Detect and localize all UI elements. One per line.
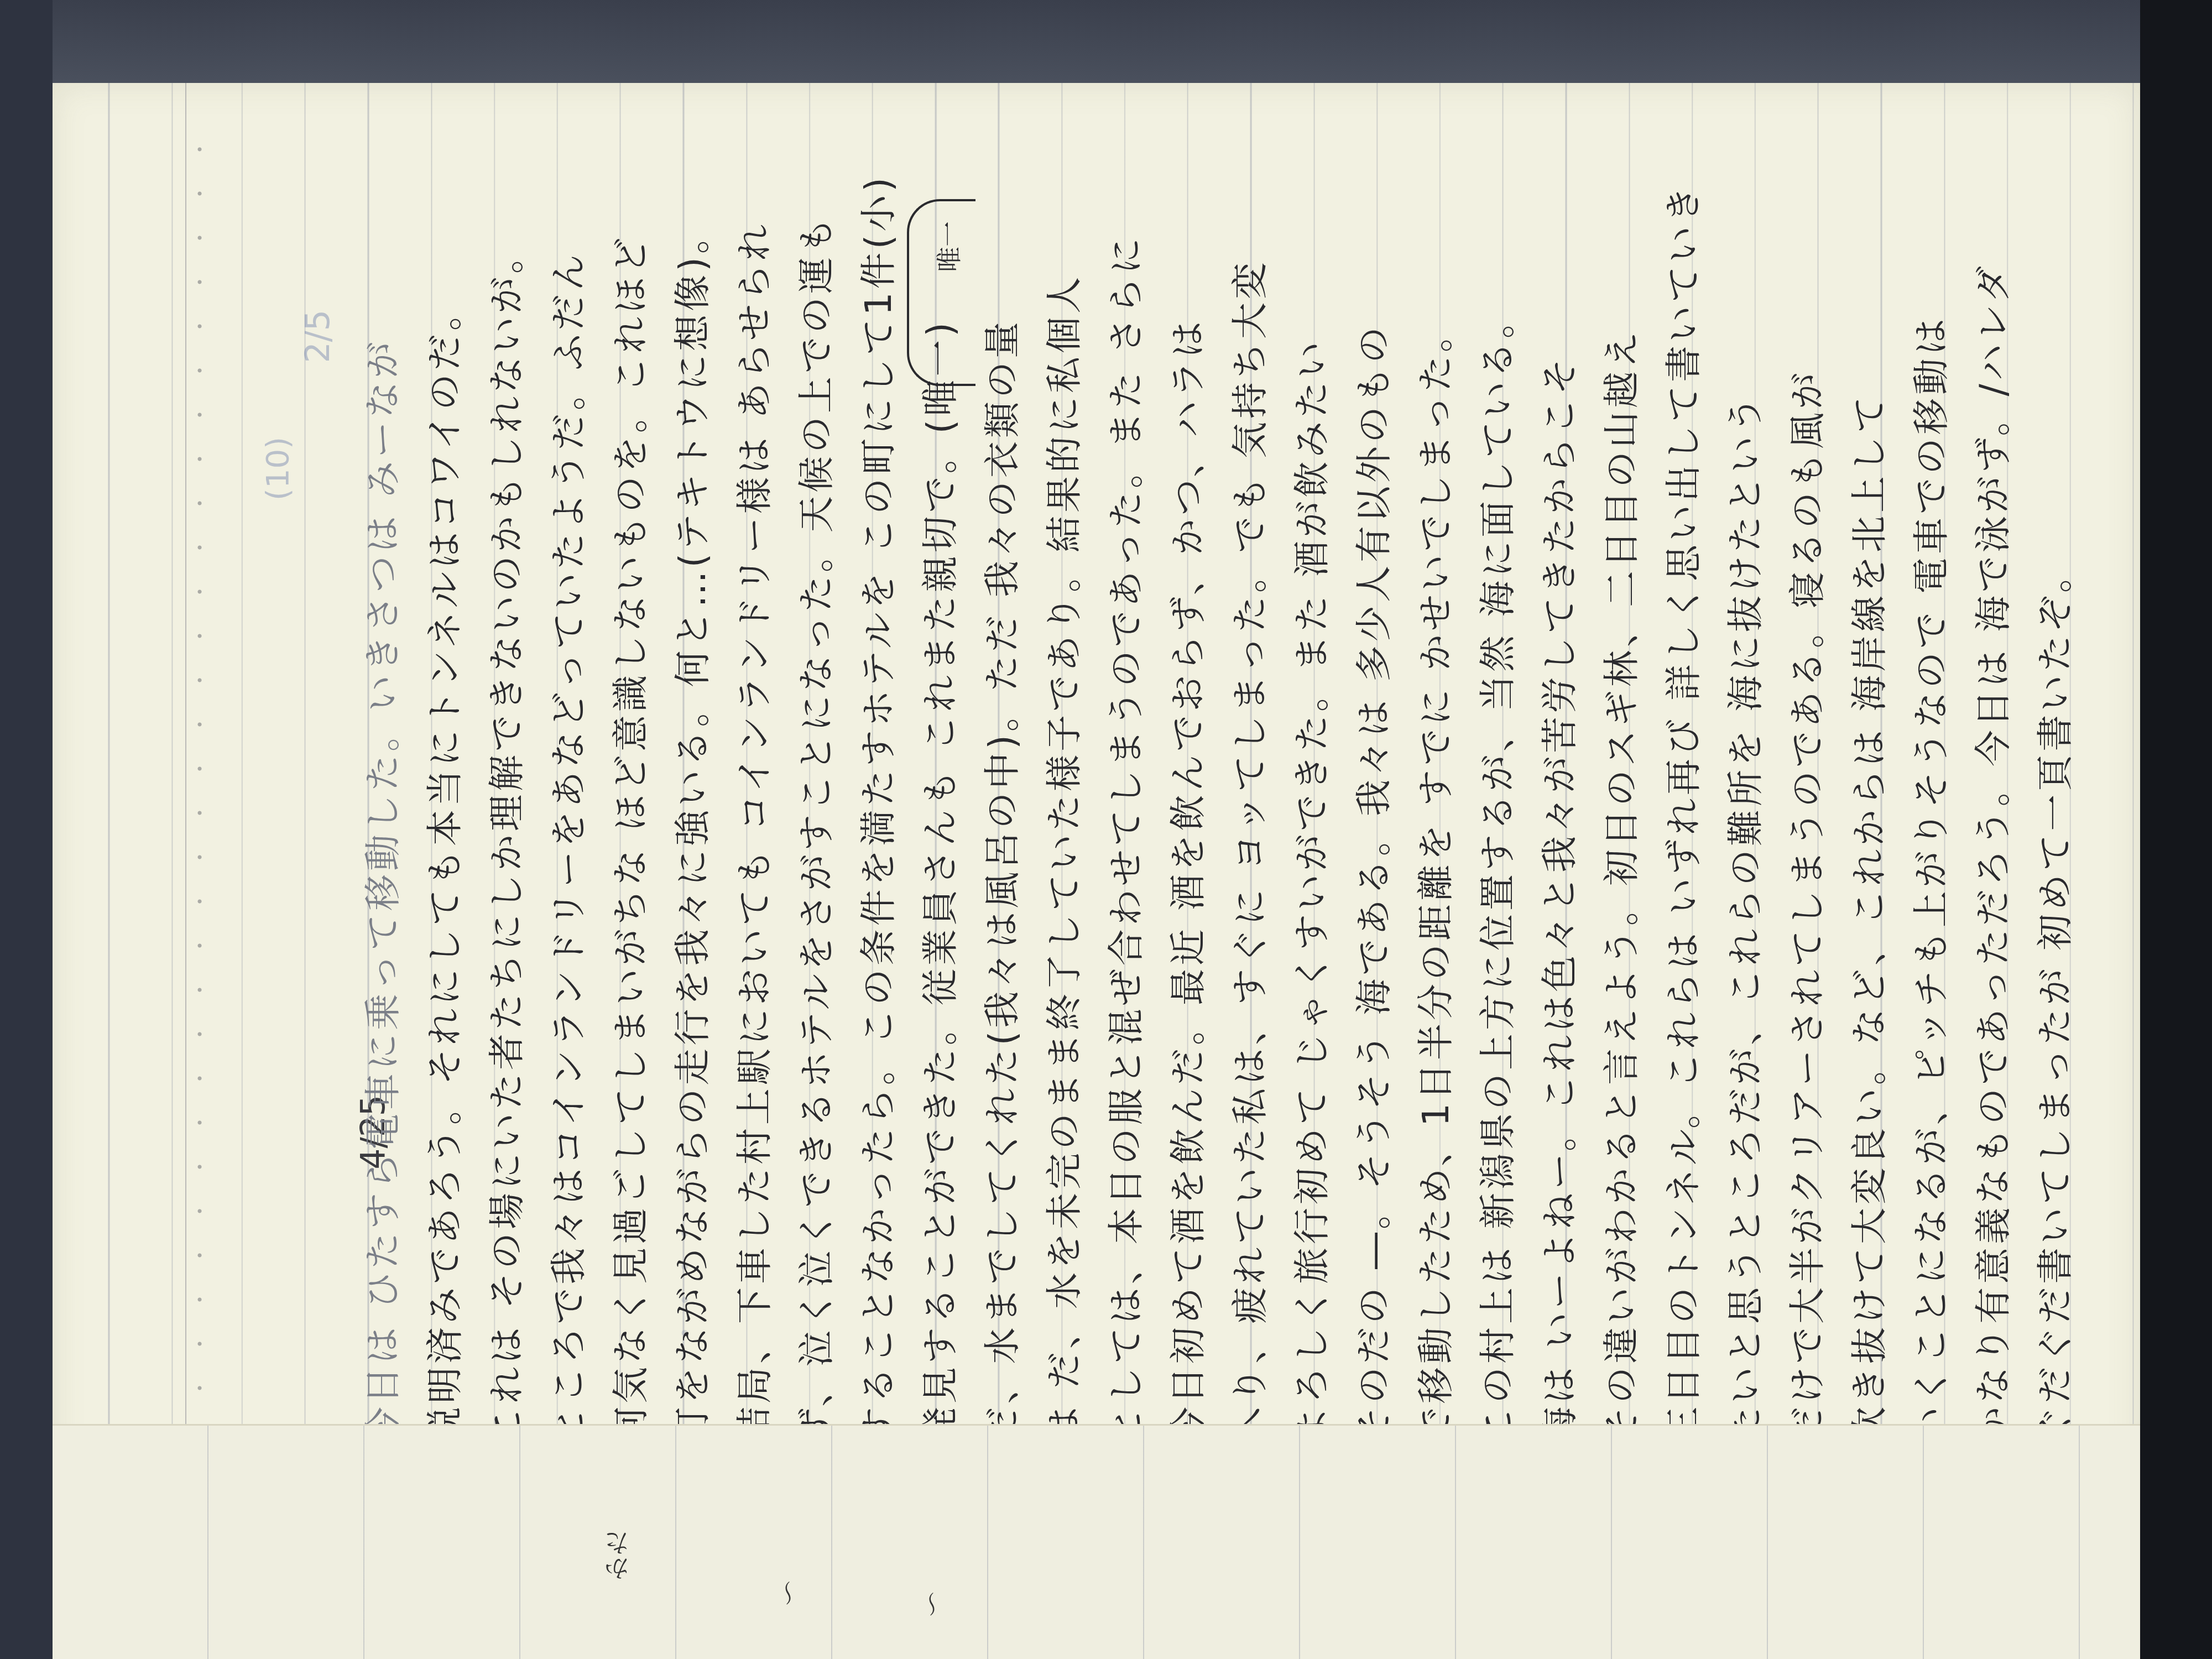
- text-line: よろしく旅行初めて じゃくすいができた。また 酒が飲みたい: [1294, 338, 1331, 1443]
- text-line: 何気なく見過ごしてしまいがちな ほど意識しないものを。これほど: [613, 234, 649, 1443]
- text-line: 結局、下車した村上駅においても コインランドリー様は あらせられ: [737, 221, 773, 1443]
- journal-body: 今日は ひたすら電車に乗って移動した。いきさつは みーなが 説明済みであろう。そ…: [310, 83, 2096, 1443]
- background-surface-top: [0, 0, 2212, 83]
- text-line: 海は いーよねー。これは色々と我々が苦労してきたからこそ: [1542, 355, 1578, 1443]
- page-number: (10): [260, 437, 296, 500]
- previous-page-fragment: かた: [600, 1531, 637, 1582]
- text-line: そのだの ―。そうそう 海である。我々は 多少人有以外のもの: [1356, 324, 1392, 1443]
- text-line: 今日は ひたすら電車に乗って移動した。いきさつは みーなが: [365, 338, 401, 1443]
- text-line: ず、泣く泣くできるホテルをさがすことになった。天候の上での運も: [799, 214, 835, 1443]
- text-line: この村上は 新潟県の上方に位置するが、当然 海に面している。: [1480, 299, 1516, 1443]
- text-line: で移動したため、1日半分の距離を すでに かせいでしまった。: [1418, 312, 1454, 1443]
- text-line: としては、本日の服と混ぜ合わせてしまうのであった。また さらに: [1108, 234, 1145, 1443]
- previous-page-rules: [53, 1426, 2140, 1659]
- margin-line: [185, 83, 186, 1427]
- text-line: 吹き抜けて大変良い。など、これからは 海岸線を北上して: [1851, 393, 1888, 1443]
- background-surface-right: [2140, 0, 2212, 1659]
- text-line: だけで大半がクリアーされてしまうのである。寝るのも風が: [1790, 369, 1826, 1443]
- text-line: 発見することができた。従業員さんも これまた親切で。(唯一): [922, 319, 959, 1443]
- text-line: 三日目のトンネル。これらは いずれ再び 詳しく思い出して書いていき: [1666, 183, 1702, 1443]
- previous-page-edge: かた 〜 〜: [53, 1424, 2140, 1659]
- text-line: 説明済みであろう。それにしても本当にトンネルはコワイのだ。: [427, 291, 463, 1443]
- background-surface-left: [0, 0, 53, 1659]
- text-line: たいと思うところだが、これらの難所を 海に抜けたという: [1728, 393, 1764, 1443]
- text-line: だ、水までしてくれた(我々は風呂の中)。ただ 我々の衣類の量: [984, 319, 1021, 1443]
- text-line: することなかったら。この条件を満たすホテルを この町にして1件(小): [860, 174, 897, 1443]
- text-line: 町をながめながらの走行を我々に強いる。何と…(テキトウに想像)。: [675, 214, 711, 1444]
- text-line: へり、疲れていた私は、すぐに ヨッてしまった。でも 気持ち大変: [1232, 259, 1269, 1443]
- margin-dot-guides: [197, 127, 202, 1410]
- text-line: 今日初めて酒を飲んだ。最近 酒を飲んでおらず、かつ、ハラは: [1170, 318, 1207, 1443]
- circled-annotation: 唯一: [929, 221, 966, 272]
- text-line: その違いがわかると言えよう。初日のスギ林、二日目の山越え: [1604, 328, 1640, 1443]
- previous-page-fragment: 〜: [771, 1580, 808, 1606]
- text-line: これは その場にいた者たちにしか理解できないのかもしれないが。: [489, 234, 525, 1443]
- text-line: いくことになるが、ピッチも上がりそうなので 電車での移動は: [1913, 315, 1950, 1443]
- text-line: かなり有意義なものであっただろう。今日は 海で泳がず。/ハレダ: [1975, 263, 2012, 1443]
- text-line: ぐだぐだ書いてしまったが 初めて一頁書いたぞ。: [2037, 553, 2074, 1443]
- text-line: は だ、水を未完のまま終了していた様子であり。結果的に私個人: [1046, 274, 1083, 1443]
- previous-page-fragment: 〜: [915, 1592, 952, 1617]
- text-line: ところで我々はコインランドリーをあなどっていたようだ。ふだん: [551, 251, 587, 1443]
